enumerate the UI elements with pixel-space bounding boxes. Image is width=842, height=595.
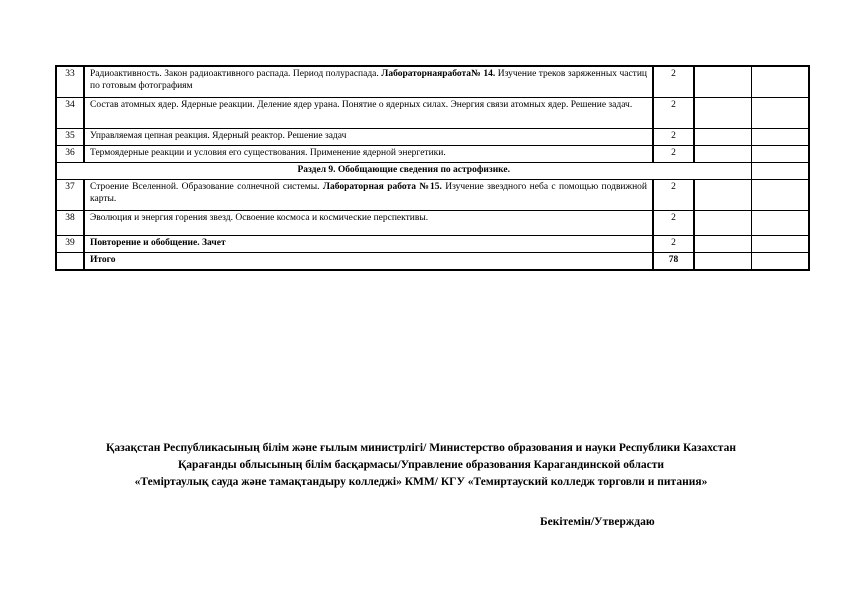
lesson-number: 39: [56, 236, 84, 253]
approval-label: Бекітемін/Утверждаю: [540, 516, 655, 528]
topic-text: Строение Вселенной. Образование солнечно…: [90, 182, 323, 192]
table-row: 39 Повторение и обобщение. Зачет 2: [56, 236, 809, 253]
lesson-topic: Радиоактивность. Закон радиоактивного ра…: [84, 66, 653, 98]
lab-work-label: Лабораторнаяработа№ 14.: [381, 69, 495, 79]
lesson-hours: 2: [653, 236, 694, 253]
empty-cell: [694, 98, 751, 129]
empty-cell: [694, 253, 751, 271]
empty-cell: [751, 253, 809, 271]
topic-text: Управляемая цепная реакция. Ядерный реак…: [90, 131, 346, 141]
topic-text: Повторение и обобщение. Зачет: [90, 238, 226, 248]
empty-cell: [751, 180, 809, 211]
total-row: Итого 78: [56, 253, 809, 271]
topic-text: Термоядерные реакции и условия его сущес…: [90, 148, 446, 158]
organization-header: Қазақстан Республикасының білім және ғыл…: [0, 440, 842, 491]
topic-text: Эволюция и энергия горения звезд. Освоен…: [90, 213, 428, 223]
empty-cell: [751, 236, 809, 253]
empty-cell: [694, 66, 751, 98]
college-line: «Теміртаулық сауда және тамақтандыру кол…: [0, 474, 842, 491]
lesson-topic: Управляемая цепная реакция. Ядерный реак…: [84, 129, 653, 146]
lesson-number: 33: [56, 66, 84, 98]
table-row: 38 Эволюция и энергия горения звезд. Осв…: [56, 211, 809, 236]
lesson-number: 37: [56, 180, 84, 211]
curriculum-table: 33 Радиоактивность. Закон радиоактивного…: [55, 65, 810, 271]
empty-cell: [751, 211, 809, 236]
section-row: Раздел 9. Обобщающие сведения по астрофи…: [56, 163, 809, 180]
lesson-hours: 2: [653, 98, 694, 129]
topic-text: Радиоактивность. Закон радиоактивного ра…: [90, 69, 381, 79]
total-label: Итого: [84, 253, 653, 271]
lesson-number: 38: [56, 211, 84, 236]
lesson-topic: Термоядерные реакции и условия его сущес…: [84, 146, 653, 163]
ministry-line: Қазақстан Республикасының білім және ғыл…: [0, 440, 842, 457]
empty-cell: [56, 253, 84, 271]
table-row: 34 Состав атомных ядер. Ядерные реакции.…: [56, 98, 809, 129]
empty-cell: [751, 146, 809, 163]
table-row: 33 Радиоактивность. Закон радиоактивного…: [56, 66, 809, 98]
lesson-hours: 2: [653, 66, 694, 98]
lesson-hours: 2: [653, 211, 694, 236]
lesson-number: 36: [56, 146, 84, 163]
section-title: Раздел 9. Обобщающие сведения по астрофи…: [56, 163, 751, 180]
empty-cell: [694, 129, 751, 146]
lesson-hours: 2: [653, 146, 694, 163]
lesson-hours: 2: [653, 129, 694, 146]
table-row: 37 Строение Вселенной. Образование солне…: [56, 180, 809, 211]
table-row: 35 Управляемая цепная реакция. Ядерный р…: [56, 129, 809, 146]
topic-text: Состав атомных ядер. Ядерные реакции. Де…: [90, 100, 632, 110]
empty-cell: [751, 66, 809, 98]
lesson-topic: Повторение и обобщение. Зачет: [84, 236, 653, 253]
lesson-topic: Эволюция и энергия горения звезд. Освоен…: [84, 211, 653, 236]
lesson-topic: Состав атомных ядер. Ядерные реакции. Де…: [84, 98, 653, 129]
lesson-number: 35: [56, 129, 84, 146]
lesson-number: 34: [56, 98, 84, 129]
table-row: 36 Термоядерные реакции и условия его су…: [56, 146, 809, 163]
empty-cell: [694, 180, 751, 211]
regional-department-line: Қарағанды облысының білім басқармасы/Упр…: [0, 457, 842, 474]
lesson-hours: 2: [653, 180, 694, 211]
empty-cell: [751, 129, 809, 146]
empty-cell: [751, 98, 809, 129]
empty-cell: [694, 211, 751, 236]
lesson-topic: Строение Вселенной. Образование солнечно…: [84, 180, 653, 211]
lab-work-label: Лабораторная работа №15.: [323, 182, 442, 192]
empty-cell: [694, 236, 751, 253]
empty-cell: [694, 146, 751, 163]
empty-cell: [751, 163, 809, 180]
total-hours: 78: [653, 253, 694, 271]
